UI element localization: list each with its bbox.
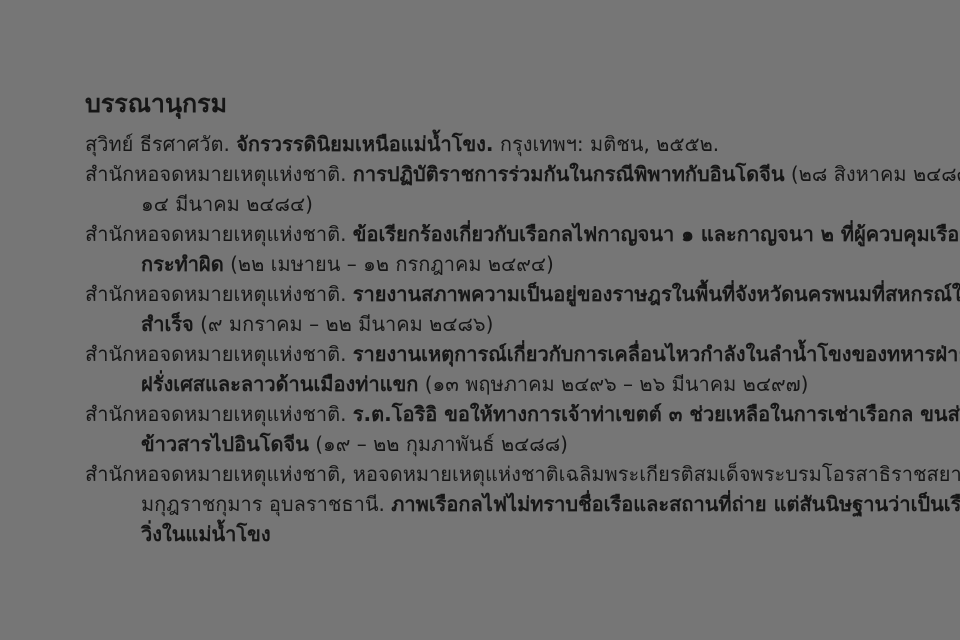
work-title: รายงานสภาพความเป็นอยู่ของราษฎรในพื้นที่จ… bbox=[353, 282, 960, 306]
bib-entry: สุวิทย์ ธีรศาศวัต. จักรวรรดินิยมเหนือแม่… bbox=[85, 129, 925, 159]
bib-entry: สำนักหอจดหมายเหตุแห่งชาติ, หอจดหมายเหตุแ… bbox=[85, 459, 925, 549]
work-title: ร.ต.โอริอิ ขอให้ทางการเจ้าท่าเขตต์ ๓ ช่ว… bbox=[353, 402, 960, 426]
work-title: ภาพเรือกลไฟไม่ทราบชื่อเรือและสถานที่ถ่าย… bbox=[391, 492, 960, 516]
document-page: บรรณานุกรม สุวิทย์ ธีรศาศวัต. จักรวรรดิน… bbox=[85, 88, 925, 549]
publication-info: กรุงเทพฯ: มติชน, ๒๕๕๒. bbox=[494, 132, 720, 156]
date-range: (๑๓ พฤษภาคม ๒๔๙๖ – ๒๖ มีนาคม ๒๔๙๗) bbox=[418, 372, 808, 396]
entry-line: สำนักหอจดหมายเหตุแห่งชาติ. ร.ต.โอริอิ ขอ… bbox=[85, 399, 925, 429]
archive-name: มกุฎราชกุมาร อุบลราชธานี. bbox=[141, 492, 391, 516]
work-title: ฝรั่งเศสและลาวด้านเมืองท่าแขก bbox=[141, 372, 418, 396]
date-range: (๑๙ – ๒๒ กุมภาพันธ์ ๒๔๘๘) bbox=[309, 432, 568, 456]
archive-name: สำนักหอจดหมายเหตุแห่งชาติ. bbox=[85, 282, 353, 306]
archive-name: สำนักหอจดหมายเหตุแห่งชาติ. bbox=[85, 162, 353, 186]
entry-continuation-line: สำเร็จ (๙ มกราคม – ๒๒ มีนาคม ๒๔๘๖) bbox=[85, 309, 925, 339]
work-title: ข้าวสารไปอินโดจีน bbox=[141, 432, 309, 456]
bib-entry: สำนักหอจดหมายเหตุแห่งชาติ. ร.ต.โอริอิ ขอ… bbox=[85, 399, 925, 459]
archive-name: สำนักหอจดหมายเหตุแห่งชาติ. bbox=[85, 342, 353, 366]
work-title: วิ่งในแม่น้ำโขง bbox=[141, 522, 271, 546]
entry-line: สุวิทย์ ธีรศาศวัต. จักรวรรดินิยมเหนือแม่… bbox=[85, 129, 925, 159]
entry-continuation-line: ฝรั่งเศสและลาวด้านเมืองท่าแขก (๑๓ พฤษภาค… bbox=[85, 369, 925, 399]
entry-line: สำนักหอจดหมายเหตุแห่งชาติ. การปฏิบัติราช… bbox=[85, 159, 925, 189]
page-title: บรรณานุกรม bbox=[85, 88, 925, 120]
entry-line: สำนักหอจดหมายเหตุแห่งชาติ, หอจดหมายเหตุแ… bbox=[85, 459, 925, 489]
archive-name: สำนักหอจดหมายเหตุแห่งชาติ. bbox=[85, 222, 353, 246]
date-range: ๑๔ มีนาคม ๒๔๘๔) bbox=[141, 192, 313, 216]
date-range: (๙ มกราคม – ๒๒ มีนาคม ๒๔๘๖) bbox=[194, 312, 494, 336]
archive-name: สำนักหอจดหมายเหตุแห่งชาติ. bbox=[85, 402, 353, 426]
entry-line: สำนักหอจดหมายเหตุแห่งชาติ. ข้อเรียกร้องเ… bbox=[85, 219, 925, 249]
entry-line: สำนักหอจดหมายเหตุแห่งชาติ. รายงานเหตุการ… bbox=[85, 339, 925, 369]
work-title: สำเร็จ bbox=[141, 312, 194, 336]
bib-entry: สำนักหอจดหมายเหตุแห่งชาติ. รายงานเหตุการ… bbox=[85, 339, 925, 399]
work-title: จักรวรรดินิยมเหนือแม่น้ำโขง. bbox=[236, 132, 493, 156]
work-title: กระทำผิด bbox=[141, 252, 224, 276]
work-title: รายงานเหตุการณ์เกี่ยวกับการเคลื่อนไหวกำล… bbox=[353, 342, 960, 366]
author-name: สุวิทย์ ธีรศาศวัต. bbox=[85, 132, 236, 156]
entry-continuation-line: วิ่งในแม่น้ำโขง bbox=[85, 519, 925, 549]
date-range: (๒๘ สิงหาคม ๒๔๘๓ – bbox=[785, 162, 960, 186]
bib-entry: สำนักหอจดหมายเหตุแห่งชาติ. การปฏิบัติราช… bbox=[85, 159, 925, 219]
bib-entry: สำนักหอจดหมายเหตุแห่งชาติ. ข้อเรียกร้องเ… bbox=[85, 219, 925, 279]
entry-continuation-line: ๑๔ มีนาคม ๒๔๘๔) bbox=[85, 189, 925, 219]
archive-name: สำนักหอจดหมายเหตุแห่งชาติ, หอจดหมายเหตุแ… bbox=[85, 462, 960, 486]
entry-continuation-line: กระทำผิด (๒๒ เมษายน – ๑๒ กรกฎาคม ๒๔๙๔) bbox=[85, 249, 925, 279]
work-title: ข้อเรียกร้องเกี่ยวกับเรือกลไฟกาญจนา ๑ แล… bbox=[353, 222, 959, 246]
work-title: การปฏิบัติราชการร่วมกันในกรณีพิพาทกับอิน… bbox=[353, 162, 785, 186]
entry-continuation-line: ข้าวสารไปอินโดจีน (๑๙ – ๒๒ กุมภาพันธ์ ๒๔… bbox=[85, 429, 925, 459]
entry-line: สำนักหอจดหมายเหตุแห่งชาติ. รายงานสภาพควา… bbox=[85, 279, 925, 309]
bib-entry: สำนักหอจดหมายเหตุแห่งชาติ. รายงานสภาพควา… bbox=[85, 279, 925, 339]
date-range: (๒๒ เมษายน – ๑๒ กรกฎาคม ๒๔๙๔) bbox=[224, 252, 554, 276]
entry-continuation-line: มกุฎราชกุมาร อุบลราชธานี. ภาพเรือกลไฟไม่… bbox=[85, 489, 925, 519]
